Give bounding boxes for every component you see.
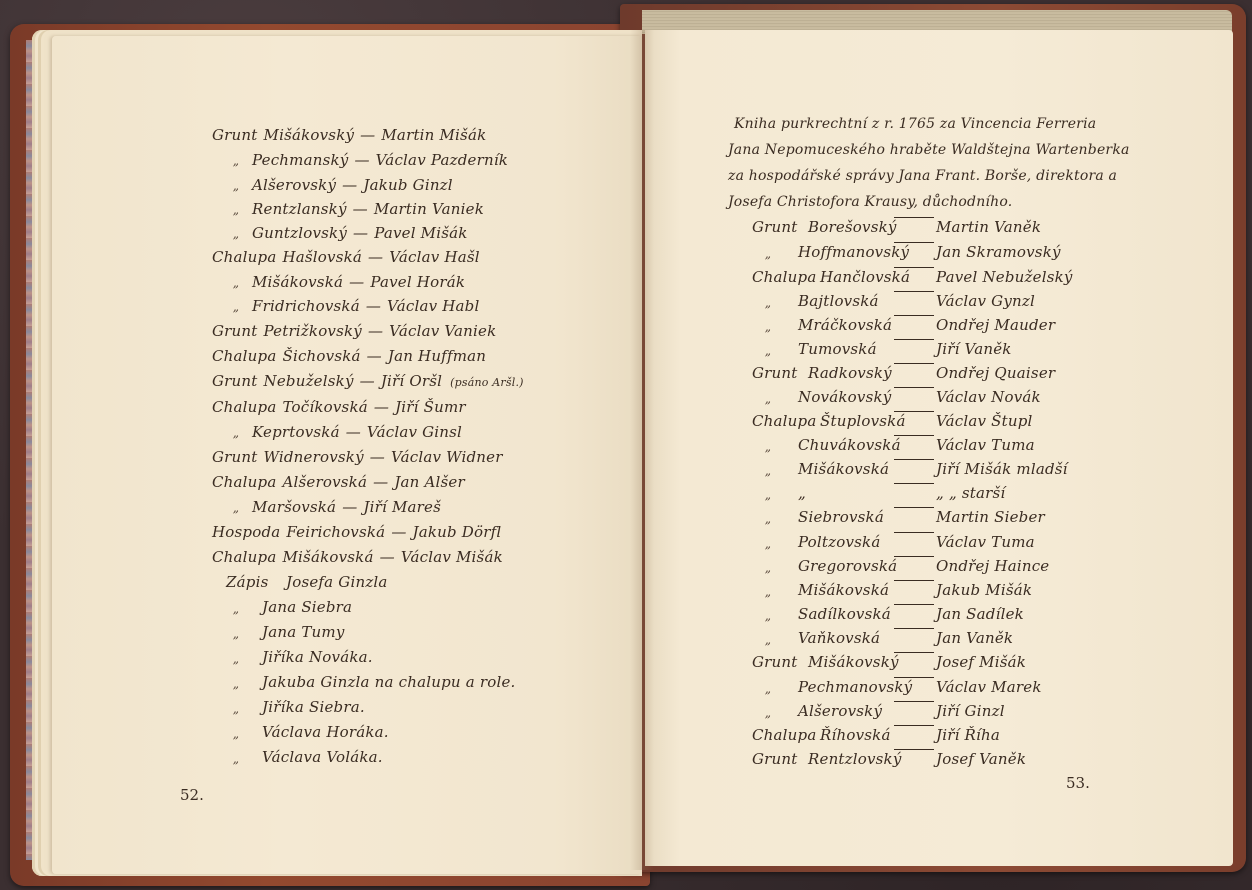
entry-owner: Jiří Mišák mladší (936, 460, 1068, 478)
entry-owner: Jan Alšer (394, 473, 465, 491)
entry-prefix: Chalupa (212, 548, 276, 566)
ditto-mark: „ (228, 179, 244, 193)
entry-property: Říhovská (820, 726, 891, 744)
zapis-line: Jakuba Ginzla na chalupu a role. (262, 673, 516, 691)
entry-owner: Václav Habl (387, 297, 479, 315)
entry-owner: Martin Vaniek (374, 200, 484, 218)
entry-prefix: Grunt (212, 126, 258, 144)
entry-prefix: Chalupa (752, 726, 816, 744)
dash-separator: — (360, 372, 375, 390)
dash-separator: — (373, 473, 388, 491)
ditto-mark: „ (760, 561, 776, 575)
dash-separator (894, 363, 934, 364)
entry-owner: Martin Mišák (381, 126, 486, 144)
dash-separator (894, 267, 934, 268)
dash-separator (894, 532, 934, 533)
entry-owner: Josef Mišák (936, 653, 1026, 671)
entry-property: Guntzlovský (252, 224, 347, 242)
entry-property: Hašlovská (282, 248, 362, 266)
dash-separator (894, 459, 934, 460)
entry-property: Bajtlovská (798, 292, 879, 310)
dash-separator: — (360, 126, 375, 144)
ditto-mark: „ (760, 706, 776, 720)
ditto-mark: „ (228, 426, 244, 440)
ditto-mark: „ (760, 320, 776, 334)
zapis-line: Josefa Ginzla (286, 573, 388, 591)
entry-property: Mišákovská (282, 548, 373, 566)
dash-separator (894, 677, 934, 678)
entry-owner: Václav Hašl (389, 248, 480, 266)
entry-property: Rentzlanský (252, 200, 347, 218)
entry-owner: Jakub Ginzl (363, 176, 452, 194)
entry-property: „ (798, 484, 806, 502)
entry-owner: Václav Pazderník (376, 151, 508, 169)
dash-separator: — (349, 273, 364, 291)
ditto-mark: „ (228, 501, 244, 515)
entry-owner: Jiří Ginzl (936, 702, 1005, 720)
ditto-mark: „ (228, 702, 244, 716)
list-item: ChalupaŠichovská—Jan Huffman (212, 347, 486, 371)
dash-separator (894, 507, 934, 508)
zapis-line: Václava Horáka. (262, 723, 389, 741)
entry-property: Tumovská (798, 340, 877, 358)
list-item: „Alšerovský—Jakub Ginzl (228, 176, 453, 200)
entry-property: Mišákovská (798, 460, 889, 478)
ditto-mark: „ (228, 627, 244, 641)
ditto-mark: „ (228, 752, 244, 766)
entry-owner: Pavel Horák (370, 273, 465, 291)
entry-owner: Václav Gynzl (936, 292, 1035, 310)
list-item: „Mišákovská—Pavel Horák (228, 273, 465, 297)
entry-property: Alšerovská (282, 473, 367, 491)
ditto-mark: „ (760, 464, 776, 478)
zapis-label: Zápis (226, 573, 268, 591)
entry-property: Mišákovská (798, 581, 889, 599)
ditto-mark: „ (760, 344, 776, 358)
entry-property: Alšerovský (252, 176, 336, 194)
entry-owner: Jiří Říha (936, 726, 1000, 744)
entry-property: Alšerovský (798, 702, 882, 720)
entry-property: Novákovský (798, 388, 891, 406)
ditto-mark: „ (760, 488, 776, 502)
entry-property: Hančlovská (820, 268, 910, 286)
entry-owner: Ondřej Mauder (936, 316, 1055, 334)
entry-property: Točíkovská (282, 398, 367, 416)
ditto-mark: „ (760, 440, 776, 454)
dash-separator (894, 291, 934, 292)
entry-property: Chuvákovská (798, 436, 901, 454)
ditto-mark: „ (760, 537, 776, 551)
dash-separator: — (353, 224, 368, 242)
dash-separator (894, 652, 934, 653)
dash-separator: — (374, 398, 389, 416)
dash-separator: — (380, 548, 395, 566)
entry-owner: Josef Vaněk (936, 750, 1026, 768)
entry-property: Radkovský (808, 364, 892, 382)
ditto-mark: „ (760, 512, 776, 526)
heading-line: Kniha purkrechtní z r. 1765 za Vincencia… (734, 116, 1096, 132)
list-item: „Keprtovská—Václav Ginsl (228, 423, 462, 447)
entry-owner: Václav Vaniek (389, 322, 496, 340)
dash-separator (894, 387, 934, 388)
dash-separator: — (342, 498, 357, 516)
entry-property: Mišákovský (264, 126, 355, 144)
entry-property: Pechmanský (252, 151, 348, 169)
entry-property: Nebuželský (264, 372, 354, 390)
dash-separator (894, 339, 934, 340)
heading-line: Josefa Christofora Krausy, důchodního. (728, 194, 1012, 210)
entry-property: Rentzlovský (808, 750, 902, 768)
entry-prefix: Chalupa (752, 412, 816, 430)
list-item: „Guntzlovský—Pavel Mišák (228, 224, 468, 248)
dash-separator (894, 411, 934, 412)
entry-property: Poltzovská (798, 533, 880, 551)
entry-property: Keprtovská (252, 423, 340, 441)
entry-prefix: Chalupa (212, 347, 276, 365)
entry-prefix: Chalupa (212, 398, 276, 416)
entry-owner: Václav Mišák (401, 548, 503, 566)
entry-prefix: Hospoda (212, 523, 280, 541)
list-item: „Fridrichovská—Václav Habl (228, 297, 479, 321)
ditto-mark: „ (760, 585, 776, 599)
entry-owner: Pavel Nebuželský (936, 268, 1073, 286)
list-item: ChalupaHašlovská—Václav Hašl (212, 248, 480, 272)
entry-owner: Martin Vaněk (936, 218, 1041, 236)
list-item: „Rentzlanský—Martin Vaniek (228, 200, 484, 224)
entry-owner: Jan Skramovský (936, 243, 1061, 261)
entry-note: (psáno Aršl.) (450, 376, 524, 389)
entry-property: Maršovská (252, 498, 336, 516)
entry-property: Vaňkovská (798, 629, 880, 647)
list-item: ChalupaTočíkovská—Jiří Šumr (212, 398, 466, 422)
ditto-mark: „ (228, 602, 244, 616)
entry-prefix: Chalupa (212, 473, 276, 491)
dash-separator: — (354, 151, 369, 169)
dash-separator: — (368, 248, 383, 266)
ditto-mark: „ (228, 227, 244, 241)
ditto-mark: „ (760, 609, 776, 623)
list-item: GruntPetrižkovský—Václav Vaniek (212, 322, 496, 346)
list-item: ChalupaMišákovská—Václav Mišák (212, 548, 503, 572)
entry-prefix: Grunt (752, 364, 798, 382)
entry-property: Gregorovská (798, 557, 897, 575)
entry-property: Petrižkovský (264, 322, 362, 340)
dash-separator (894, 483, 934, 484)
entry-prefix: Chalupa (752, 268, 816, 286)
entry-property: Šichovská (282, 347, 360, 365)
entry-property: Pechmanovský (798, 678, 912, 696)
dash-separator: — (366, 297, 381, 315)
entry-owner: Václav Widner (391, 448, 503, 466)
entry-owner: Václav Novák (936, 388, 1041, 406)
entry-property: Siebrovská (798, 508, 884, 526)
dash-separator: — (342, 176, 357, 194)
entry-owner: Jan Vaněk (936, 629, 1013, 647)
dash-separator (894, 315, 934, 316)
heading-line: za hospodářské správy Jana Frant. Borše,… (728, 168, 1117, 184)
ditto-mark: „ (228, 203, 244, 217)
entry-prefix: Grunt (212, 448, 258, 466)
heading-line: Jana Nepomuceského hraběte Waldštejna Wa… (728, 142, 1130, 158)
entry-owner: Ondřej Quaiser (936, 364, 1055, 382)
entry-property: Borešovský (808, 218, 897, 236)
book-gutter (630, 30, 654, 870)
ditto-mark: „ (228, 677, 244, 691)
dash-separator: — (346, 423, 361, 441)
page-number-left: 52. (180, 786, 204, 804)
list-item: HospodaFeirichovská—Jakub Dörfl (212, 523, 501, 547)
entry-owner: Jan Huffman (388, 347, 486, 365)
zapis-line: Jiříka Nováka. (262, 648, 373, 666)
entry-owner: Jiří Oršl (381, 372, 442, 390)
entry-owner: Jiří Mareš (363, 498, 441, 516)
ditto-mark: „ (760, 633, 776, 647)
entry-prefix: Chalupa (212, 248, 276, 266)
dash-separator: — (391, 523, 406, 541)
zapis-line: Václava Voláka. (262, 748, 383, 766)
entry-owner: Jan Sadílek (936, 605, 1024, 623)
entry-owner: Ondřej Haince (936, 557, 1049, 575)
entry-property: Mráčkovská (798, 316, 892, 334)
entry-prefix: Grunt (212, 322, 258, 340)
page-number-right: 53. (1066, 774, 1090, 792)
entry-prefix: Grunt (752, 750, 798, 768)
entry-property: Štuplovská (820, 412, 906, 430)
zapis-line: Jiříka Siebra. (262, 698, 365, 716)
dash-separator (894, 217, 934, 218)
ditto-mark: „ (760, 247, 776, 261)
entry-prefix: Grunt (752, 218, 798, 236)
entry-owner: Václav Ginsl (367, 423, 462, 441)
dash-separator (894, 242, 934, 243)
entry-prefix: Grunt (752, 653, 798, 671)
ditto-mark: „ (228, 652, 244, 666)
entry-owner: Václav Tuma (936, 533, 1035, 551)
list-item: „Pechmanský—Václav Pazderník (228, 151, 508, 175)
dash-separator: — (353, 200, 368, 218)
list-item: GruntWidnerovský—Václav Widner (212, 448, 503, 472)
list-item: ChalupaAlšerovská—Jan Alšer (212, 473, 465, 497)
entry-owner: „ „ starší (936, 484, 1005, 502)
list-item: GruntNebuželský—Jiří Oršl(psáno Aršl.) (212, 372, 524, 396)
ditto-mark: „ (760, 392, 776, 406)
ditto-mark: „ (228, 300, 244, 314)
zapis-line: Jana Siebra (262, 598, 352, 616)
entry-owner: Václav Marek (936, 678, 1042, 696)
dash-separator (894, 580, 934, 581)
ditto-mark: „ (760, 296, 776, 310)
dash-separator (894, 435, 934, 436)
entry-owner: Jakub Dörfl (413, 523, 502, 541)
dash-separator (894, 604, 934, 605)
entry-property: Mišákovský (808, 653, 899, 671)
entry-property: Sadílkovská (798, 605, 891, 623)
entry-owner: Václav Tuma (936, 436, 1035, 454)
entry-owner: Jiří Vaněk (936, 340, 1012, 358)
entry-property: Hoffmanovský (798, 243, 909, 261)
entry-property: Fridrichovská (252, 297, 360, 315)
entry-property: Widnerovský (264, 448, 364, 466)
list-item: „Maršovská—Jiří Mareš (228, 498, 441, 522)
entry-owner: Martin Sieber (936, 508, 1045, 526)
list-item: GruntMišákovský—Martin Mišák (212, 126, 486, 150)
ditto-mark: „ (228, 727, 244, 741)
dash-separator: — (368, 322, 383, 340)
dash-separator: — (367, 347, 382, 365)
entry-owner: Jakub Mišák (936, 581, 1032, 599)
entry-prefix: Grunt (212, 372, 258, 390)
dash-separator: — (370, 448, 385, 466)
ditto-mark: „ (760, 682, 776, 696)
ditto-mark: „ (228, 154, 244, 168)
entry-owner: Václav Štupl (936, 412, 1033, 430)
entry-owner: Pavel Mišák (374, 224, 467, 242)
ditto-mark: „ (228, 276, 244, 290)
dash-separator (894, 701, 934, 702)
entry-property: Mišákovská (252, 273, 343, 291)
zapis-line: Jana Tumy (262, 623, 345, 641)
dash-separator (894, 725, 934, 726)
entry-property: Feirichovská (286, 523, 385, 541)
dash-separator (894, 628, 934, 629)
dash-separator (894, 556, 934, 557)
entry-owner: Jiří Šumr (395, 398, 466, 416)
dash-separator (894, 749, 934, 750)
